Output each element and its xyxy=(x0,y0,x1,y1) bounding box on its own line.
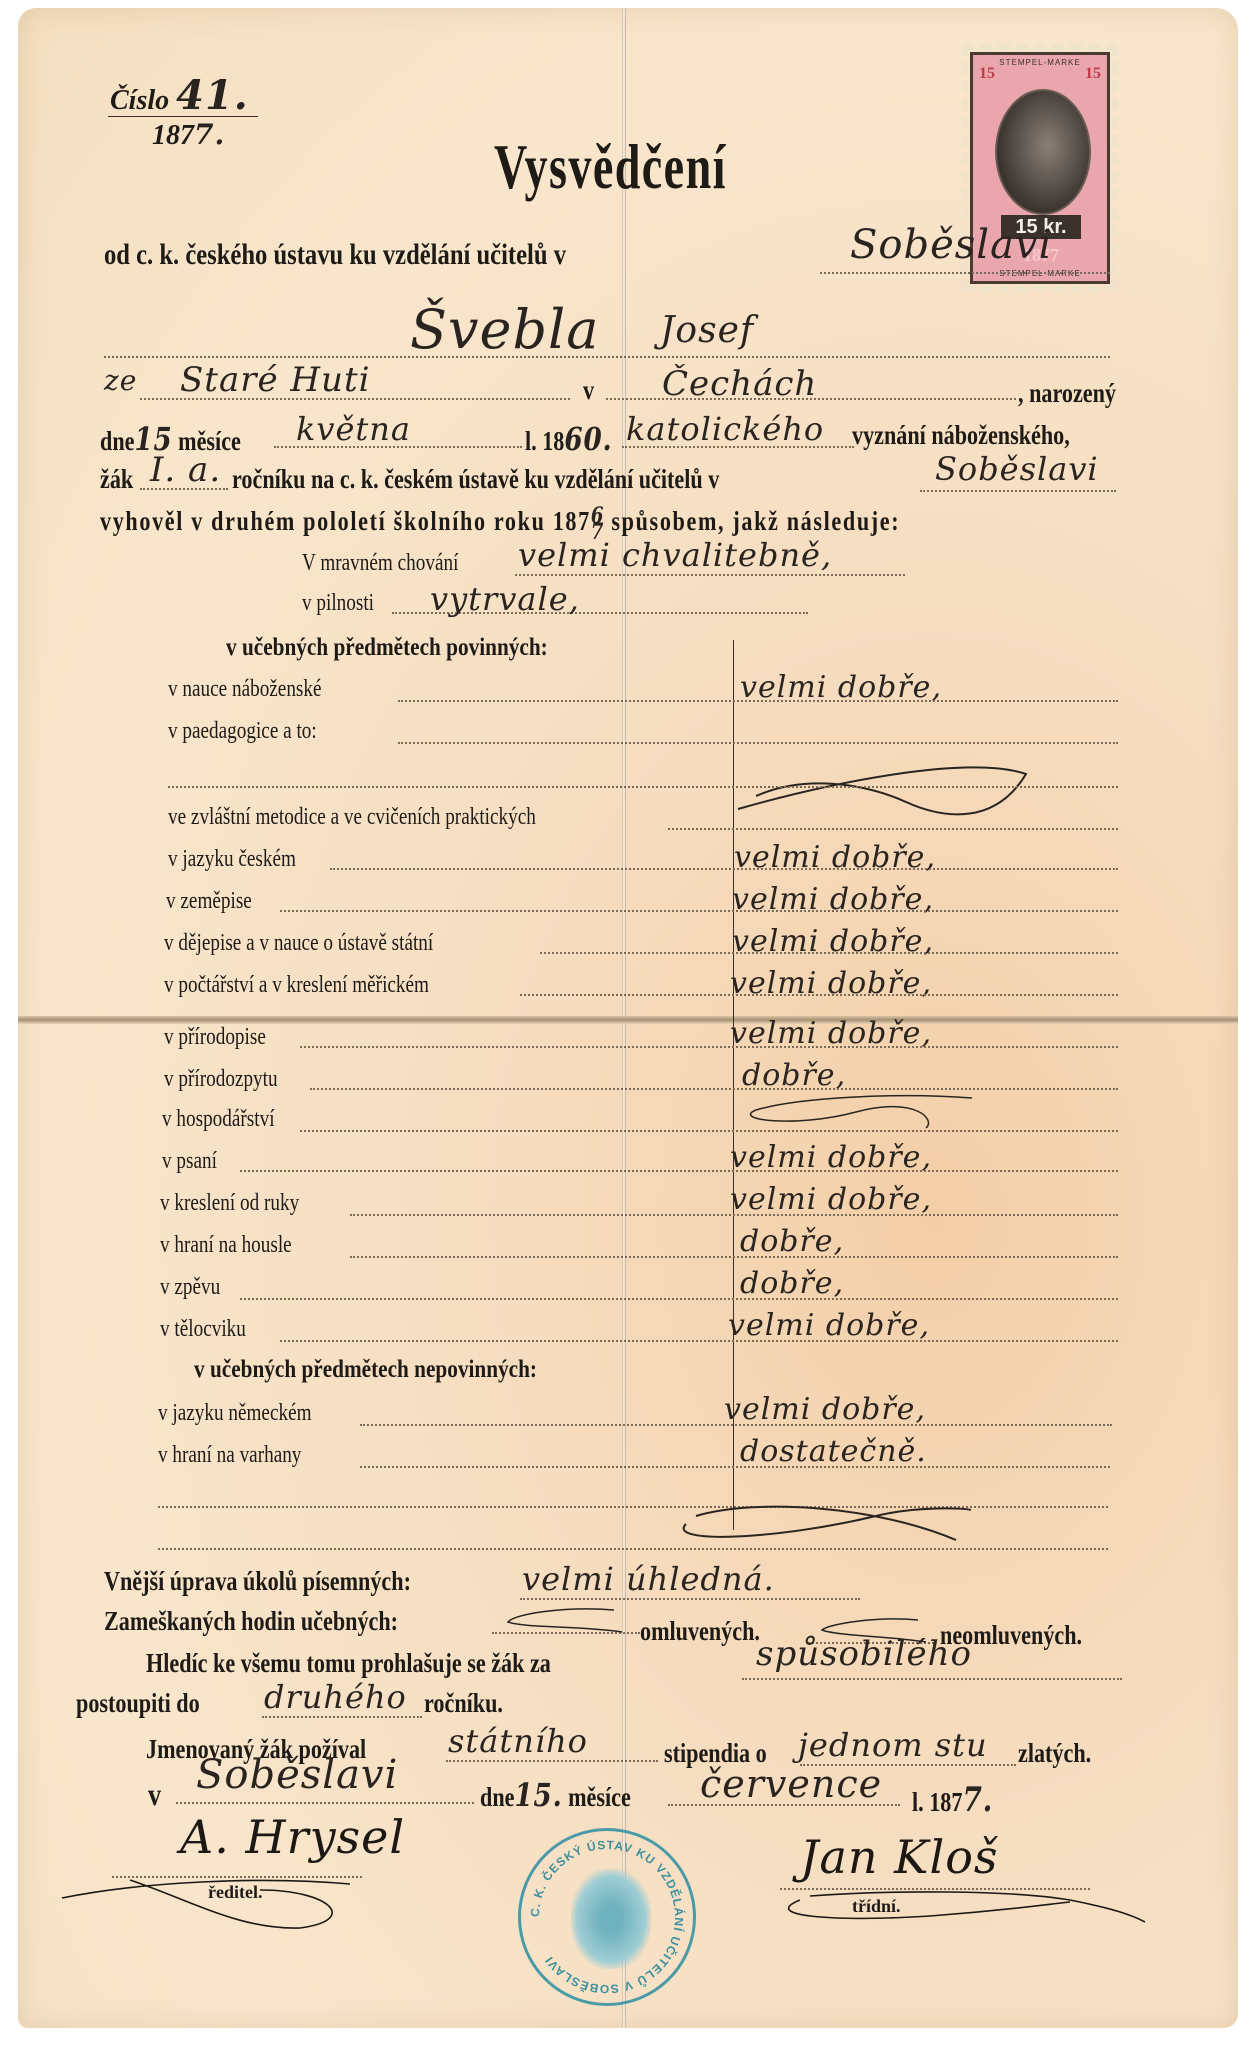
stipend-suffix: zlatých. xyxy=(1018,1738,1091,1769)
subject-label: v hospodářství xyxy=(162,1106,275,1133)
class-teacher-signature: Jan Kloš xyxy=(800,1830,999,1884)
subject-label: v tělocviku xyxy=(160,1316,246,1343)
advance-value: druhého xyxy=(264,1678,407,1716)
institute-place: Soběslavi xyxy=(850,222,1052,268)
emperor-portrait-icon xyxy=(995,89,1091,215)
dash-flourish-icon xyxy=(676,1496,976,1556)
director-signature: A. Hrysel xyxy=(180,1810,405,1864)
religion: katolického xyxy=(626,410,824,448)
subject-grade: dostatečně. xyxy=(740,1434,927,1469)
declaration-value: spůsobilého xyxy=(756,1634,972,1674)
official-seal: C. K. ČESKÝ ÚSTAV KU VZDĚLÁNÍ UČITELŮ V … xyxy=(518,1828,696,2006)
subject-label: v jazyku německém xyxy=(158,1400,312,1427)
optional-heading: v učebných předmětech nepovinných: xyxy=(194,1356,537,1384)
excused-label: omluvených. xyxy=(640,1616,760,1647)
diligence-label: v pilnosti xyxy=(302,590,374,617)
diligence-value: vytrvale, xyxy=(430,580,580,618)
svg-text:C. K. ČESKÝ ÚSTAV KU VZDĚLÁNÍ: C. K. ČESKÝ ÚSTAV KU VZDĚLÁNÍ UČITELŮ V … xyxy=(528,1838,687,1996)
stamp-corner-right: 15 xyxy=(1085,65,1101,83)
issue-day: 15. xyxy=(514,1776,562,1814)
pupil-label: žák xyxy=(100,464,133,495)
subject-grade: velmi dobře, xyxy=(728,1308,930,1343)
subject-label: v psaní xyxy=(162,1148,217,1175)
moral-value: velmi chvalitebně, xyxy=(518,536,832,574)
class-label: ročníku na c. k. českém ústavě ku vzdělá… xyxy=(232,464,719,495)
subject-label: v dějepise a v nauce o ústavě státní xyxy=(164,930,433,957)
year-handwritten: 7. xyxy=(194,118,225,151)
subtitle: od c. k. českého ústavu ku vzdělání učit… xyxy=(104,238,566,272)
birth-year-label: l. 1860. xyxy=(525,420,612,458)
subject-label: v jazyku českém xyxy=(168,846,296,873)
issue-year: l. 1877. xyxy=(912,1780,993,1820)
director-label: ředitel. xyxy=(208,1882,262,1903)
religion-label: vyznání náboženského, xyxy=(852,420,1070,451)
subject-label: v zeměpise xyxy=(166,888,252,915)
compulsory-heading: v učebných předmětech povinných: xyxy=(226,634,548,662)
subject-grade: dobře, xyxy=(740,1224,844,1259)
subject-label: ve zvláštní metodice a ve cvičeních prak… xyxy=(168,804,536,831)
subject-label: v počtářství a v kreslení měřickém xyxy=(164,972,429,999)
issue-day-line: dne15. měsíce xyxy=(480,1776,631,1814)
student-surname: Švebla xyxy=(410,298,600,361)
dash-flourish-icon xyxy=(504,1604,624,1634)
subject-grade: velmi dobře, xyxy=(730,1182,932,1217)
class-grade: I. a. xyxy=(150,450,221,490)
horizontal-fold xyxy=(18,1016,1238,1024)
subject-label: v kreslení od ruky xyxy=(160,1190,299,1217)
advance-suffix: ročníku. xyxy=(424,1688,503,1719)
advance-line: postoupiti do xyxy=(76,1688,200,1719)
subject-label: v nauce náboženské xyxy=(168,676,322,703)
subject-label: v zpěvu xyxy=(160,1274,220,1301)
moral-label: V mravném chování xyxy=(302,550,458,577)
number-label: Číslo 41. xyxy=(110,72,249,119)
neatness-value: velmi úhledná. xyxy=(522,1560,775,1598)
issue-month: července xyxy=(700,1762,882,1806)
number-divider xyxy=(108,116,258,117)
dash-flourish-icon xyxy=(736,1090,976,1130)
signature-flourish-icon xyxy=(60,1870,360,1940)
class-place: Soběslavi xyxy=(935,450,1099,488)
born-label: , narozený xyxy=(1018,378,1116,409)
missed-hours-label: Zameškaných hodin učebných: xyxy=(104,1606,398,1637)
number-value: 41. xyxy=(176,72,249,119)
subject-label: v paedagogice a to: xyxy=(168,718,317,745)
subject-label: v hraní na housle xyxy=(160,1232,292,1259)
in-region: Čechách xyxy=(662,364,817,404)
class-teacher-label: třídní. xyxy=(852,1896,901,1917)
stamp-corner-left: 15 xyxy=(979,65,995,83)
neatness-label: Vnější úprava úkolů písemných: xyxy=(104,1566,411,1597)
student-given-name: Josef xyxy=(660,310,754,351)
year-label: 1877. xyxy=(152,118,225,152)
seal-text-ring: C. K. ČESKÝ ÚSTAV KU VZDĚLÁNÍ UČITELŮ V … xyxy=(521,1831,693,2003)
birth-month: května xyxy=(296,410,411,448)
subject-grade: dobře, xyxy=(740,1266,844,1301)
semester-text: vyhověl v druhém pololetí školního roku … xyxy=(100,506,900,540)
birth-year: 60. xyxy=(564,420,612,458)
dash-flourish-icon xyxy=(736,754,1036,824)
subject-label: v přírodopise xyxy=(164,1024,266,1051)
signature-flourish-icon xyxy=(770,1890,1150,1940)
declaration-prefix: Hledíc ke všemu tomu prohlašuje se žák z… xyxy=(146,1648,551,1679)
place-prefix: v xyxy=(148,1776,161,1813)
stipend-type: státního xyxy=(448,1722,588,1760)
subject-grade: velmi dobře, xyxy=(724,1392,926,1427)
subject-label: v přírodozpytu xyxy=(164,1066,278,1093)
document-title: Vysvědčení xyxy=(494,130,727,204)
subject-label: v hraní na varhany xyxy=(158,1442,301,1469)
stipend-amount: jednom stu xyxy=(798,1726,988,1764)
from-label: ze xyxy=(104,364,137,397)
from-place: Staré Huti xyxy=(180,360,371,400)
issue-place: Soběslavi xyxy=(196,1752,398,1798)
in-label: v xyxy=(583,375,594,406)
